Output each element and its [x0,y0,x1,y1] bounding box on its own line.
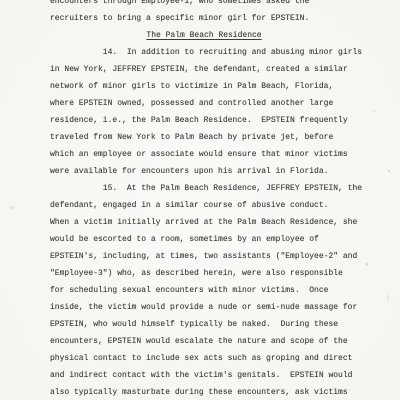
document-line: physical contact to include sex acts suc… [50,350,358,367]
document-line: for scheduling sexual encounters with mi… [50,282,358,299]
document-line: in New York, JEFFREY EPSTEIN, the defend… [50,61,358,78]
scan-artifact [387,294,389,302]
document-line: would be escorted to a room, sometimes b… [50,231,358,248]
document-text-block: encounters through Employee-1, who somet… [50,0,358,400]
document-line: and indirect contact with the victim's g… [50,367,358,384]
document-line: traveled from New York to Palm Beach by … [50,129,358,146]
document-line: "Employee-3") who, as described herein, … [50,265,358,282]
scan-artifact [373,110,375,112]
document-page: encounters through Employee-1, who somet… [0,0,400,400]
document-line: defendant, engaged in a similar course o… [50,197,358,214]
document-line: encounters through Employee-1, who somet… [50,0,358,10]
scan-artifact [388,170,390,172]
document-line: When a victim initially arrived at the P… [50,214,358,231]
scan-artifact [9,205,16,210]
scan-artifact [366,263,368,266]
document-line: which an employee or associate would ens… [50,146,358,163]
document-line: 14. In addition to recruiting and abusin… [50,44,358,61]
document-line: were available for encounters upon his a… [50,163,358,180]
document-line: where EPSTEIN owned, possessed and contr… [50,95,358,112]
document-line: residence, i.e., the Palm Beach Residenc… [50,112,358,129]
document-line: network of minor girls to victimize in P… [50,78,358,95]
document-line: EPSTEIN, who would himself typically be … [50,316,358,333]
document-line: encounters, EPSTEIN would escalate the n… [50,333,358,350]
section-heading: The Palm Beach Residence [50,27,358,44]
document-line: also typically masturbate during these e… [50,384,358,400]
document-line: EPSTEIN's, including, at times, two assi… [50,248,358,265]
document-line: inside, the victim would provide a nude … [50,299,358,316]
document-line: 15. At the Palm Beach Residence, JEFFREY… [50,180,358,197]
document-line: recruiters to bring a specific minor gir… [50,10,358,27]
